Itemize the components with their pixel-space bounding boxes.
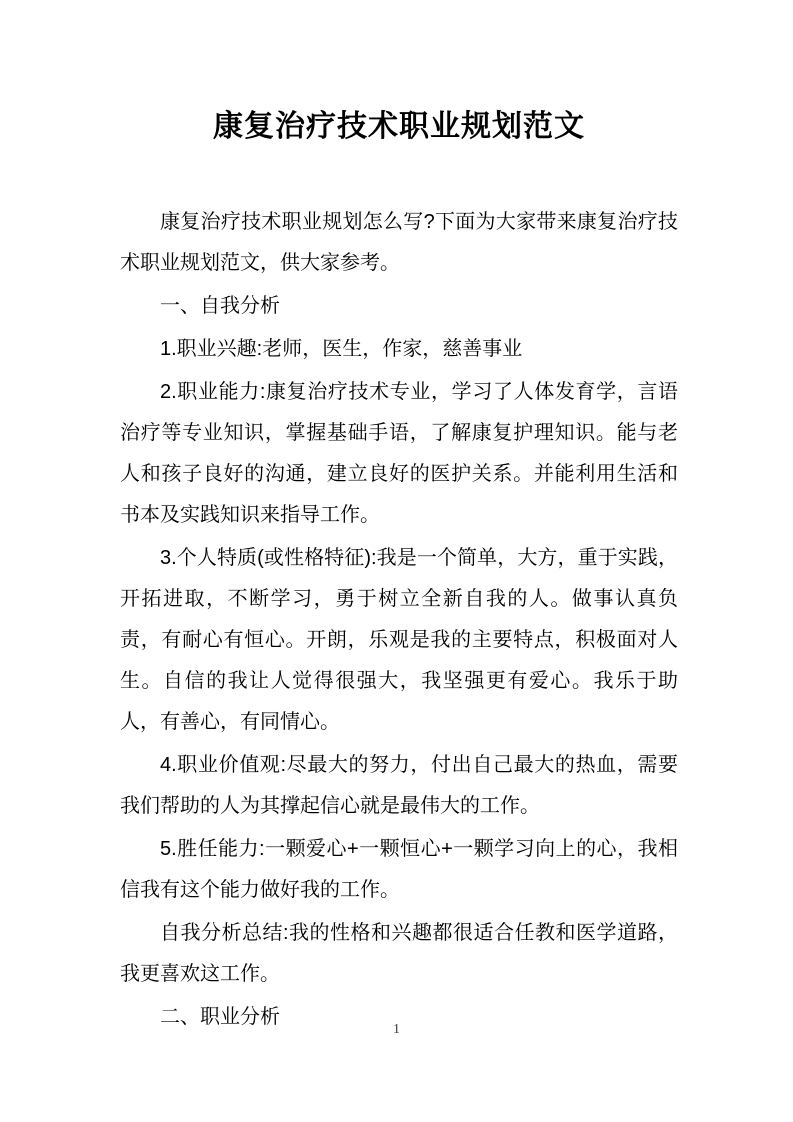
paragraph-container: 康复治疗技术职业规划怎么写?下面为大家带来康复治疗技术职业规划范文，供大家参考。… [120,202,678,1038]
page-number: 1 [0,1020,793,1040]
section-heading: 一、自我分析 [120,286,678,327]
paragraph: 自我分析总结:我的性格和兴趣都很适合任教和医学道路，我更喜欢这工作。 [120,913,678,995]
paragraph: 4.职业价值观:尽最大的努力，付出自己最大的热血，需要我们帮助的人为其撑起信心就… [120,745,678,827]
paragraph: 3.个人特质(或性格特征):我是一个简单，大方，重于实践，开拓进取，不断学习，勇… [120,538,678,743]
paragraph: 2.职业能力:康复治疗技术专业，学习了人体发育学，言语治疗等专业知识，掌握基础手… [120,372,678,536]
paragraph: 康复治疗技术职业规划怎么写?下面为大家带来康复治疗技术职业规划范文，供大家参考。 [120,202,678,284]
document-page: 康复治疗技术职业规划范文 康复治疗技术职业规划怎么写?下面为大家带来康复治疗技术… [0,0,793,1122]
paragraph: 5.胜任能力:一颗爱心+一颗恒心+一颗学习向上的心，我相信我有这个能力做好我的工… [120,829,678,911]
document-body: 康复治疗技术职业规划范文 康复治疗技术职业规划怎么写?下面为大家带来康复治疗技术… [120,0,678,1040]
paragraph: 1.职业兴趣:老师，医生，作家，慈善事业 [120,329,678,370]
document-title: 康复治疗技术职业规划范文 [120,105,678,149]
